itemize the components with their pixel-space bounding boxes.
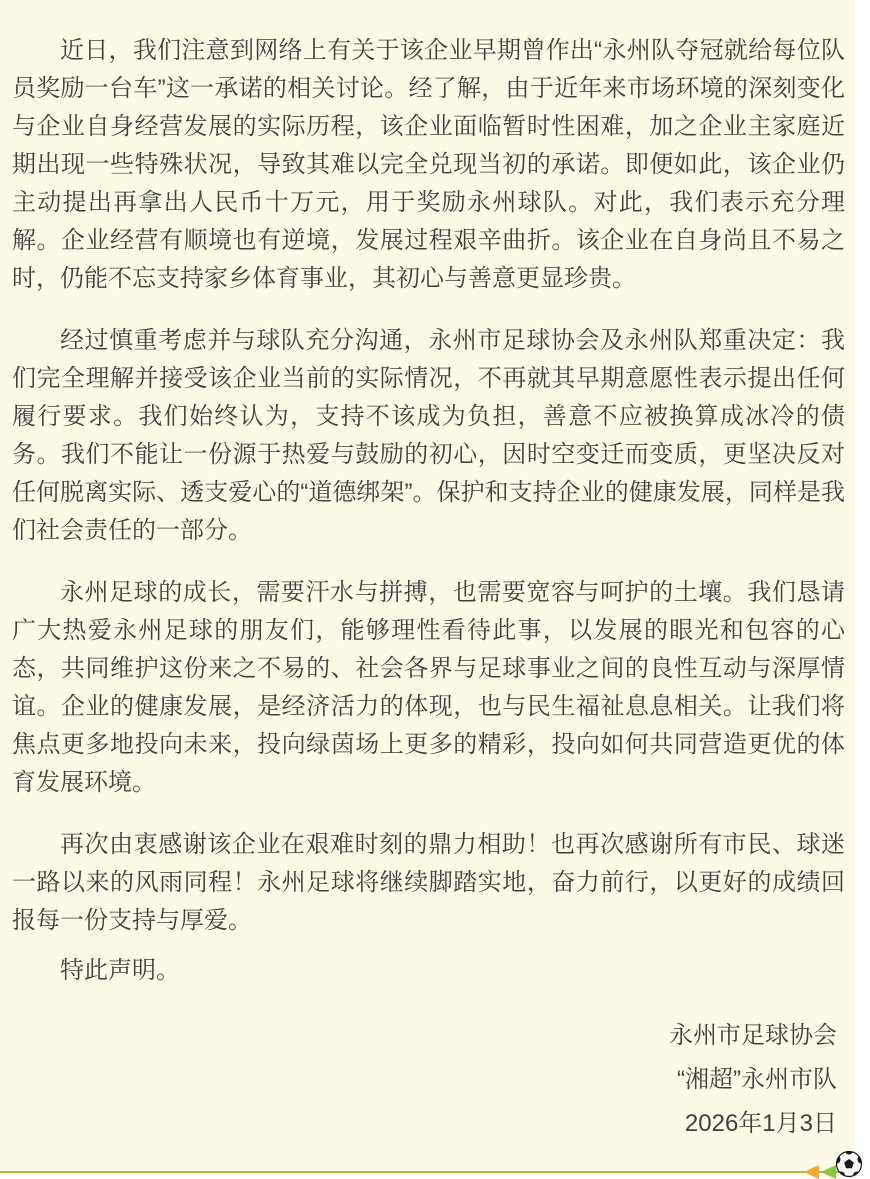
paragraph-1: 近日，我们注意到网络上有关于该企业早期曾作出“永州队夺冠就给每位队员奖励一台车”… [12, 32, 845, 298]
signature-block: 永州市足球协会 “湘超”永州市队 2026年1月3日 [12, 1014, 845, 1146]
statement-page: 近日，我们注意到网络上有关于该企业早期曾作出“永州队夺冠就给每位队员奖励一台车”… [0, 0, 855, 1173]
statement-body: 近日，我们注意到网络上有关于该企业早期曾作出“永州队夺冠就给每位队员奖励一台车”… [12, 32, 845, 1146]
signature-team: “湘超”永州市队 [12, 1058, 837, 1102]
paragraph-3: 永州足球的成长，需要汗水与拼搏，也需要宽容与呵护的土壤。我们恳请广大热爱永州足球… [12, 574, 845, 802]
paragraph-2: 经过慎重考虑并与球队充分沟通，永州市足球协会及永州队郑重决定：我们完全理解并接受… [12, 322, 845, 550]
signature-org: 永州市足球协会 [12, 1014, 837, 1058]
closing-statement: 特此声明。 [12, 952, 845, 990]
paragraph-4: 再次由衷感谢该企业在艰难时刻的鼎力相助！也再次感谢所有市民、球迷一路以来的风雨同… [12, 826, 845, 940]
signature-date: 2026年1月3日 [12, 1102, 837, 1146]
right-margin-strip [855, 0, 870, 1179]
